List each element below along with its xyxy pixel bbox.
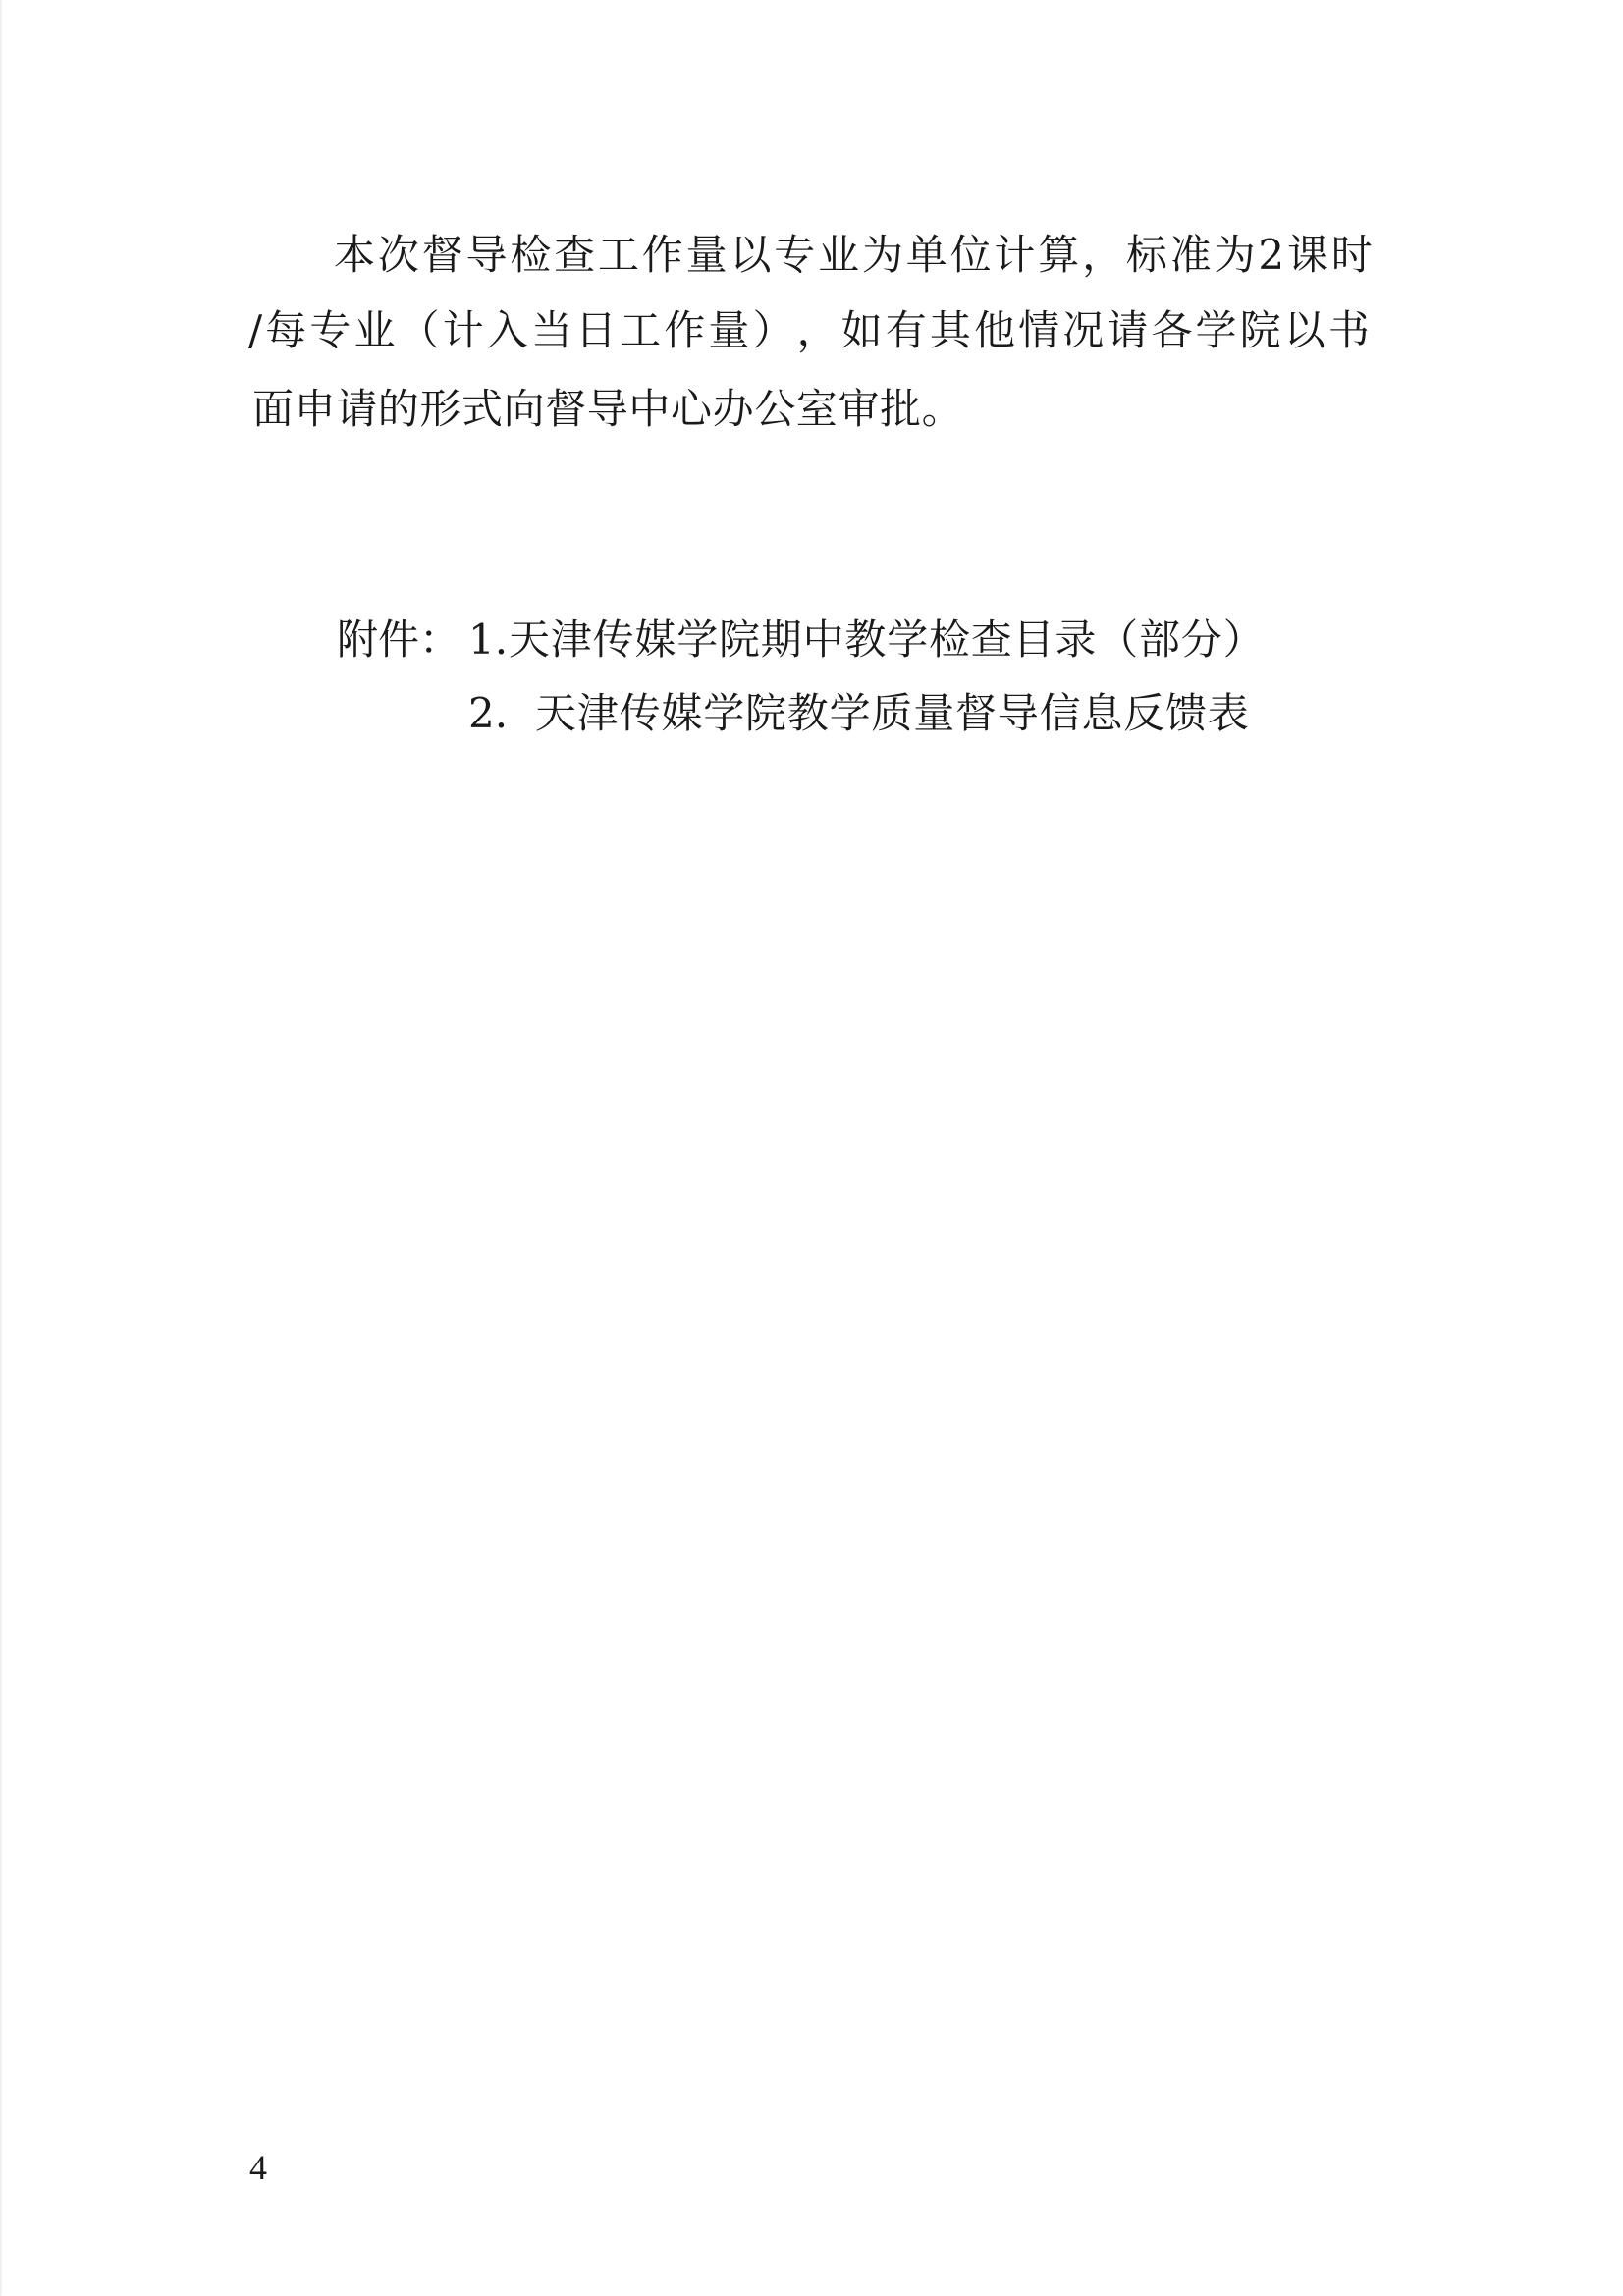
glyph: 计 [443,307,484,354]
attachment-title: 天津传媒学院教学质量督导信息反馈表 [535,689,1250,737]
glyph: 计 [994,232,1035,279]
glyph: 时 [1331,232,1373,279]
glyph: 入 [487,307,528,354]
glyph: 有 [886,307,927,354]
glyph: 作 [642,232,683,279]
glyph: 标 [1126,232,1167,279]
glyph: 情 [1018,307,1059,354]
glyph: 业 [353,307,395,354]
attachment-item: 1.天津传媒学院期中教学检查目录（部分） [468,616,1265,664]
attachment-number: 2. [468,690,535,737]
glyph: 量 [708,307,749,354]
page-number: 4 [249,2148,267,2187]
glyph: 业 [818,232,859,279]
glyph: 院 [1240,307,1281,354]
glyph: 为 [1215,232,1256,279]
paragraph-line-2: /每专业（计入当日工作量），如有其他情况请各学院以书 [248,307,1370,354]
glyph: ， [1082,232,1123,279]
glyph: 准 [1170,232,1212,279]
glyph: 以 [730,232,771,279]
attachments-label: 附件： [337,616,460,664]
glyph: 算 [1038,232,1079,279]
glyph: 次 [378,232,419,279]
glyph: 况 [1062,307,1104,354]
glyph: 本 [334,232,375,279]
glyph: 查 [554,232,595,279]
glyph: 课 [1287,232,1328,279]
glyph: 各 [1151,307,1192,354]
glyph: 以 [1284,307,1325,354]
glyph: 督 [422,232,463,279]
glyph: 当 [531,307,572,354]
glyph: ） [752,307,793,354]
glyph: 每 [265,307,306,354]
glyph: 如 [841,307,883,354]
glyph: 工 [620,307,661,354]
glyph: 他 [974,307,1015,354]
attachment-title: 天津传媒学院期中教学检查目录（部分） [509,615,1265,664]
glyph: 为 [862,232,903,279]
attachment-item: 2.天津传媒学院教学质量督导信息反馈表 [468,690,1250,737]
paragraph-line-1: 本次督导检查工作量以专业为单位计算，标准为2课时 [334,232,1373,279]
glyph: （ [399,307,440,354]
glyph: 专 [774,232,815,279]
glyph: 位 [950,232,992,279]
glyph: 书 [1328,307,1370,354]
glyph: 作 [664,307,705,354]
glyph: 检 [510,232,551,279]
glyph: ， [797,307,839,354]
glyph: 导 [465,232,507,279]
glyph: 请 [1107,307,1148,354]
glyph: 单 [906,232,947,279]
glyph: 学 [1196,307,1237,354]
attachment-number: 1. [468,616,509,664]
glyph: 日 [575,307,617,354]
paragraph-line-3: 面申请的形式向督导中心办公室审批。 [252,386,963,433]
glyph: 专 [309,307,351,354]
glyph: 量 [686,232,728,279]
glyph: 其 [930,307,971,354]
glyph: 2 [1258,232,1284,279]
glyph: 工 [598,232,639,279]
scan-edge [0,0,3,2296]
glyph: / [248,307,262,354]
